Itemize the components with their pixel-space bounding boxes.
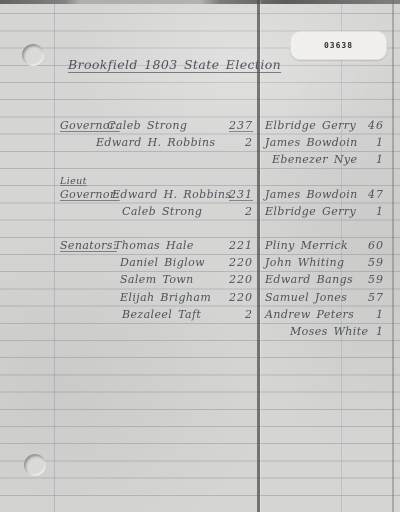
candidate-name: Salem Town [120,272,194,288]
candidate-name: Andrew Peters [265,307,354,323]
page-title: Brookfield 1803 State Election [68,57,281,72]
catalog-label: 03638 [290,31,387,60]
candidate-name: James Bowdoin [265,135,358,151]
punch-hole-bottom [24,454,46,476]
candidate-name: Edward H. Robbins [96,135,215,151]
office-label-senators: Senators: [60,238,117,254]
vote-count: 47 [350,187,384,203]
ledger-row: Bezaleel Taft 2 Andrew Peters 1 [0,307,400,324]
vote-count: 1 [350,324,384,340]
vote-count: 59 [350,255,384,271]
ledger-row: Senators: Thomas Hale 221 Pliny Merrick … [0,238,400,255]
ledger-row: Edward H. Robbins 2 James Bowdoin 1 [0,135,400,152]
candidate-name: James Bowdoin [265,187,358,203]
catalog-number: 03638 [324,41,353,50]
punch-hole-top [22,44,44,66]
vote-count: 60 [350,238,384,254]
candidate-name: Caleb Strong [122,204,202,220]
ledger-row: Daniel Biglow 220 John Whiting 59 [0,255,400,272]
vote-count: 237 [206,118,253,134]
scan-top-edge [0,0,400,4]
candidate-name: Ebenezer Nye [272,152,357,168]
vote-count: 1 [350,204,384,220]
candidate-name: Elbridge Gerry [265,118,356,134]
vote-count: 1 [350,307,384,323]
vote-count: 1 [350,135,384,151]
candidate-name: Elijah Brigham [120,290,211,306]
candidate-name: Bezaleel Taft [122,307,201,323]
candidate-name: John Whiting [265,255,344,271]
ledger-row: Governor: Caleb Strong 237 Elbridge Gerr… [0,118,400,135]
ledger-row: Ebenezer Nye 1 [0,152,400,169]
vote-count: 220 [206,272,253,288]
vote-count: 221 [206,238,253,254]
candidate-name: Thomas Hale [114,238,194,254]
vote-count: 220 [206,290,253,306]
vote-count: 59 [350,272,384,288]
ledger-row: Elijah Brigham 220 Samuel Jones 57 [0,290,400,307]
vote-count: 2 [206,204,253,220]
ledger-row: Caleb Strong 2 Elbridge Gerry 1 [0,204,400,221]
vote-count: 2 [206,307,253,323]
vote-count: 2 [206,135,253,151]
vote-count: 57 [350,290,384,306]
vote-count: 46 [350,118,384,134]
vote-count: 231 [206,187,253,203]
candidate-name: Caleb Strong [107,118,187,134]
vote-count: 220 [206,255,253,271]
scanned-ledger-page: 03638 Brookfield 1803 State Election Gov… [0,0,400,512]
candidate-name: Samuel Jones [265,290,347,306]
vote-count: 1 [350,152,384,168]
office-label-lieut: Lieut [60,176,87,187]
candidate-name: Elbridge Gerry [265,204,356,220]
candidate-name: Pliny Merrick [265,238,348,254]
office-label-lt-governor: Governor: [60,187,120,203]
candidate-name: Edward Bangs [265,272,353,288]
candidate-name: Daniel Biglow [120,255,205,271]
ledger-row: Salem Town 220 Edward Bangs 59 [0,272,400,289]
ledger-row: Moses White 1 [0,324,400,341]
ledger-row: Governor: Edward H. Robbins 231 James Bo… [0,187,400,204]
